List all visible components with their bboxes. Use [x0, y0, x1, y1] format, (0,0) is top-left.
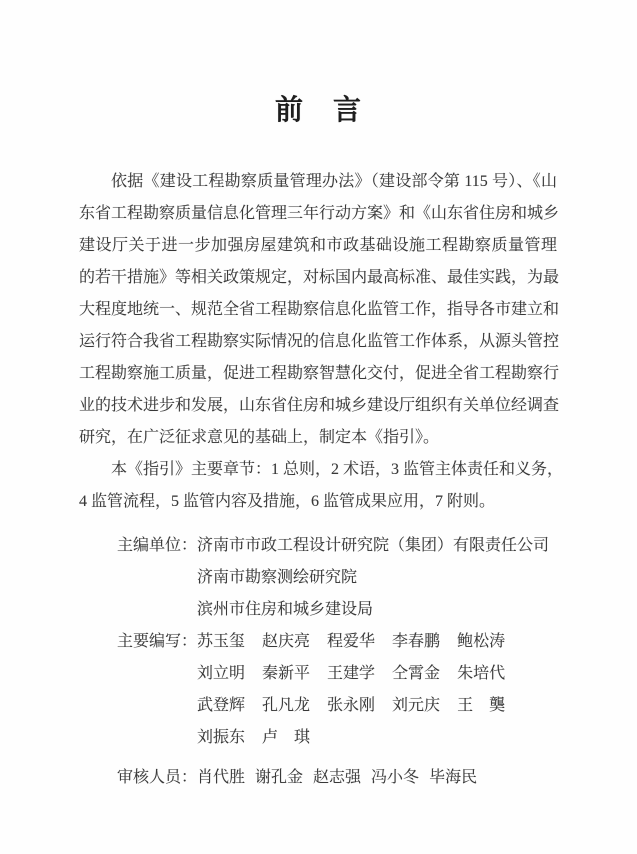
writer-name: 张永刚	[327, 690, 375, 722]
label-spacer	[117, 594, 197, 626]
reviewer-name: 谢孔金	[255, 762, 303, 794]
label-spacer	[117, 690, 197, 722]
writer-name: 仝霄金	[392, 658, 440, 690]
writer-name: 王 龑	[457, 690, 505, 722]
writer-name: 刘振东	[197, 722, 245, 754]
label-spacer	[117, 562, 197, 594]
paragraph-line: 研究，在广泛征求意见的基础上，制定本《指引》。	[79, 422, 557, 454]
chief-editor-unit: 济南市勘察测绘研究院	[197, 562, 357, 594]
writer-names: 刘振东 卢 琪	[197, 722, 310, 754]
label-spacer	[117, 722, 197, 754]
paragraph-line: 东省工程勘察质量信息化管理三年行动方案》和《山东省住房和城乡	[79, 198, 557, 230]
writers-row: 武登辉 孔凡龙 张永刚 刘元庆 王 龑	[117, 690, 637, 722]
writer-names: 苏玉玺 赵庆亮 程爱华 李春鹏 鲍松涛	[197, 626, 505, 658]
chief-editor-row: 济南市勘察测绘研究院	[117, 562, 637, 594]
reviewer-names: 肖代胜 谢孔金 赵志强 冯小冬 毕海民	[197, 762, 477, 794]
chief-editor-label: 主编单位：	[117, 530, 197, 562]
writer-names: 武登辉 孔凡龙 张永刚 刘元庆 王 龑	[197, 690, 505, 722]
paragraph-line: 工程勘察施工质量，促进工程勘察智慧化交付，促进全省工程勘察行	[79, 358, 557, 390]
paragraph-line: 依据《建设工程勘察质量管理办法》（建设部令第 115 号）、《山	[79, 166, 557, 198]
reviewer-name: 冯小冬	[371, 762, 419, 794]
page-title: 前 言	[0, 0, 637, 128]
chief-editor-unit: 济南市市政工程设计研究院（集团）有限责任公司	[197, 530, 549, 562]
paragraph-line: 业的技术进步和发展，山东省住房和城乡建设厅组织有关单位经调查	[79, 390, 557, 422]
reviewer-name: 毕海民	[429, 762, 477, 794]
writer-name: 刘立明	[197, 658, 245, 690]
writer-names: 刘立明 秦新平 王建学 仝霄金 朱培代	[197, 658, 505, 690]
writers-row: 主要编写： 苏玉玺 赵庆亮 程爱华 李春鹏 鲍松涛	[117, 626, 637, 658]
reviewer-name: 肖代胜	[197, 762, 245, 794]
chief-editor-row: 滨州市住房和城乡建设局	[117, 594, 637, 626]
writers-label: 主要编写：	[117, 626, 197, 658]
writer-name: 秦新平	[262, 658, 310, 690]
credits-block: 主编单位： 济南市市政工程设计研究院（集团）有限责任公司 济南市勘察测绘研究院 …	[117, 530, 637, 794]
writer-name: 卢 琪	[262, 722, 310, 754]
reviewers-row: 审核人员： 肖代胜 谢孔金 赵志强 冯小冬 毕海民	[117, 762, 637, 794]
writers-row: 刘振东 卢 琪	[117, 722, 637, 754]
reviewer-name: 赵志强	[313, 762, 361, 794]
chief-editor-row: 主编单位： 济南市市政工程设计研究院（集团）有限责任公司	[117, 530, 637, 562]
writer-name: 程爱华	[327, 626, 375, 658]
preface-body: 依据《建设工程勘察质量管理办法》（建设部令第 115 号）、《山 东省工程勘察质…	[79, 166, 557, 518]
writer-name: 赵庆亮	[262, 626, 310, 658]
paragraph-line: 本《指引》主要章节：1 总则，2 术语，3 监管主体责任和义务，	[79, 454, 557, 486]
writer-name: 朱培代	[457, 658, 505, 690]
label-spacer	[117, 658, 197, 690]
paragraph-line: 运行符合我省工程勘察实际情况的信息化监管工作体系，从源头管控	[79, 326, 557, 358]
paragraph-line: 的若干措施》等相关政策规定，对标国内最高标准、最佳实践，为最	[79, 262, 557, 294]
document-page: 前 言 依据《建设工程勘察质量管理办法》（建设部令第 115 号）、《山 东省工…	[0, 0, 637, 854]
writer-name: 刘元庆	[392, 690, 440, 722]
writers-row: 刘立明 秦新平 王建学 仝霄金 朱培代	[117, 658, 637, 690]
writer-name: 孔凡龙	[262, 690, 310, 722]
paragraph-line: 大程度地统一、规范全省工程勘察信息化监管工作，指导各市建立和	[79, 294, 557, 326]
chief-editor-unit: 滨州市住房和城乡建设局	[197, 594, 373, 626]
writer-name: 苏玉玺	[197, 626, 245, 658]
writer-name: 武登辉	[197, 690, 245, 722]
reviewers-label: 审核人员：	[117, 762, 197, 794]
paragraph-line: 建设厅关于进一步加强房屋建筑和市政基础设施工程勘察质量管理	[79, 230, 557, 262]
writer-name: 王建学	[327, 658, 375, 690]
paragraph-line: 4 监管流程，5 监管内容及措施，6 监管成果应用，7 附则。	[79, 486, 557, 518]
writer-name: 李春鹏	[392, 626, 440, 658]
writer-name: 鲍松涛	[457, 626, 505, 658]
